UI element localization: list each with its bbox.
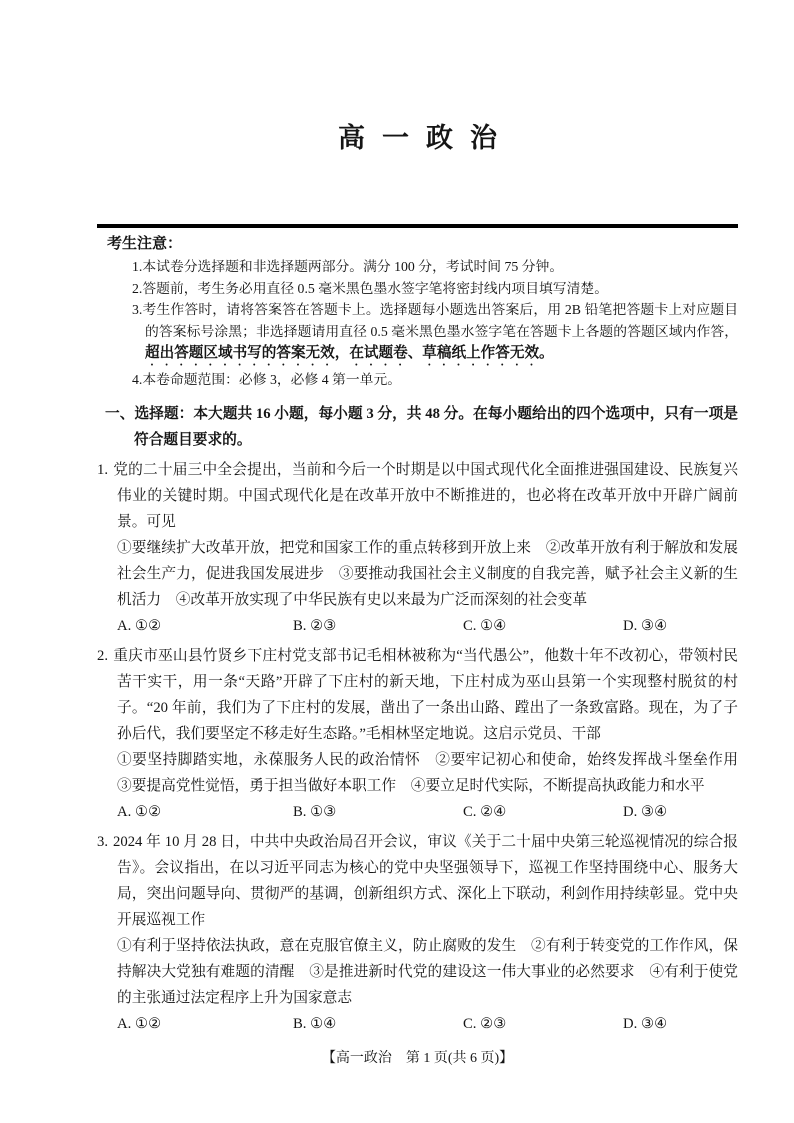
- question-2-option-a: A. ①②: [117, 799, 293, 825]
- notice-item-3-text: 3.考生作答时，请将答案答在答题卡上。选择题每小题选出答案后，用 2B 铅笔把答…: [132, 302, 738, 339]
- question-2-options: A. ①② B. ①③ C. ②④ D. ③④: [117, 799, 738, 825]
- question-3: 3.2024 年 10 月 28 日，中共中央政治局召开会议，审议《关于二十届中…: [97, 829, 738, 1037]
- question-1-option-d: D. ③④: [623, 613, 738, 639]
- notice-section: 考生注意： 1.本试卷分选择题和非选择题两部分。满分 100 分，考试时间 75…: [97, 224, 738, 391]
- question-3-option-b: B. ①④: [293, 1011, 463, 1037]
- notice-heading: 考生注意：: [97, 233, 738, 256]
- question-1-option-c: C. ①④: [463, 613, 623, 639]
- question-2: 2.重庆市巫山县竹贤乡下庄村党支部书记毛相林被称为“当代愚公”，他数十年不改初心…: [97, 643, 738, 825]
- notice-item-3-emphasis: 超出答题区域书写的答案无效，在试题卷、草稿纸上作答无效。: [145, 345, 554, 361]
- question-1-number: 1.: [97, 462, 108, 478]
- section-header: 一、选择题：本大题共 16 小题，每小题 3 分，共 48 分。在每小题给出的四…: [97, 401, 738, 453]
- question-1-option-a: A. ①②: [117, 613, 293, 639]
- question-3-number: 3.: [97, 834, 108, 850]
- question-1-options: A. ①② B. ②③ C. ①④ D. ③④: [117, 613, 738, 639]
- question-1-option-b: B. ②③: [293, 613, 463, 639]
- notice-item-4: 4.本卷命题范围：必修 3，必修 4 第一单元。: [145, 369, 738, 391]
- question-2-number: 2.: [97, 648, 108, 664]
- question-3-option-a: A. ①②: [117, 1011, 293, 1037]
- exam-page: 高一政治 考生注意： 1.本试卷分选择题和非选择题两部分。满分 100 分，考试…: [0, 0, 794, 1123]
- question-2-option-c: C. ②④: [463, 799, 623, 825]
- question-3-intro: 3.2024 年 10 月 28 日，中共中央政治局召开会议，审议《关于二十届中…: [117, 829, 738, 933]
- question-2-intro: 2.重庆市巫山县竹贤乡下庄村党支部书记毛相林被称为“当代愚公”，他数十年不改初心…: [117, 643, 738, 747]
- notice-item-1: 1.本试卷分选择题和非选择题两部分。满分 100 分，考试时间 75 分钟。: [145, 256, 738, 278]
- page-footer: 【高一政治 第 1 页(共 6 页)】: [97, 1049, 738, 1069]
- question-3-statements: ①有利于坚持依法执政，意在克服官僚主义，防止腐败的发生 ②有利于转变党的工作作风…: [117, 933, 738, 1011]
- notice-item-3: 3.考生作答时，请将答案答在答题卡上。选择题每小题选出答案后，用 2B 铅笔把答…: [145, 299, 738, 369]
- question-2-option-d: D. ③④: [623, 799, 738, 825]
- page-title: 高一政治: [97, 116, 738, 152]
- question-3-intro-text: 2024 年 10 月 28 日，中共中央政治局召开会议，审议《关于二十届中央第…: [113, 834, 738, 928]
- question-2-statements: ①要坚持脚踏实地，永葆服务人民的政治情怀 ②要牢记初心和使命，始终发挥战斗堡垒作…: [117, 747, 738, 799]
- question-3-option-c: C. ②③: [463, 1011, 623, 1037]
- question-1-intro-text: 党的二十届三中全会提出，当前和今后一个时期是以中国式现代化全面推进强国建设、民族…: [113, 462, 738, 530]
- question-3-options: A. ①② B. ①④ C. ②③ D. ③④: [117, 1011, 738, 1037]
- question-1-intro: 1.党的二十届三中全会提出，当前和今后一个时期是以中国式现代化全面推进强国建设、…: [117, 457, 738, 535]
- question-2-intro-text: 重庆市巫山县竹贤乡下庄村党支部书记毛相林被称为“当代愚公”，他数十年不改初心，带…: [113, 648, 738, 742]
- question-1-statements: ①要继续扩大改革开放，把党和国家工作的重点转移到开放上来 ②改革开放有利于解放和…: [117, 535, 738, 613]
- question-1: 1.党的二十届三中全会提出，当前和今后一个时期是以中国式现代化全面推进强国建设、…: [97, 457, 738, 639]
- notice-item-2: 2.答题前，考生务必用直径 0.5 毫米黑色墨水签字笔将密封线内项目填写清楚。: [145, 278, 738, 300]
- question-3-option-d: D. ③④: [623, 1011, 738, 1037]
- question-2-option-b: B. ①③: [293, 799, 463, 825]
- notice-items: 1.本试卷分选择题和非选择题两部分。满分 100 分，考试时间 75 分钟。 2…: [97, 256, 738, 391]
